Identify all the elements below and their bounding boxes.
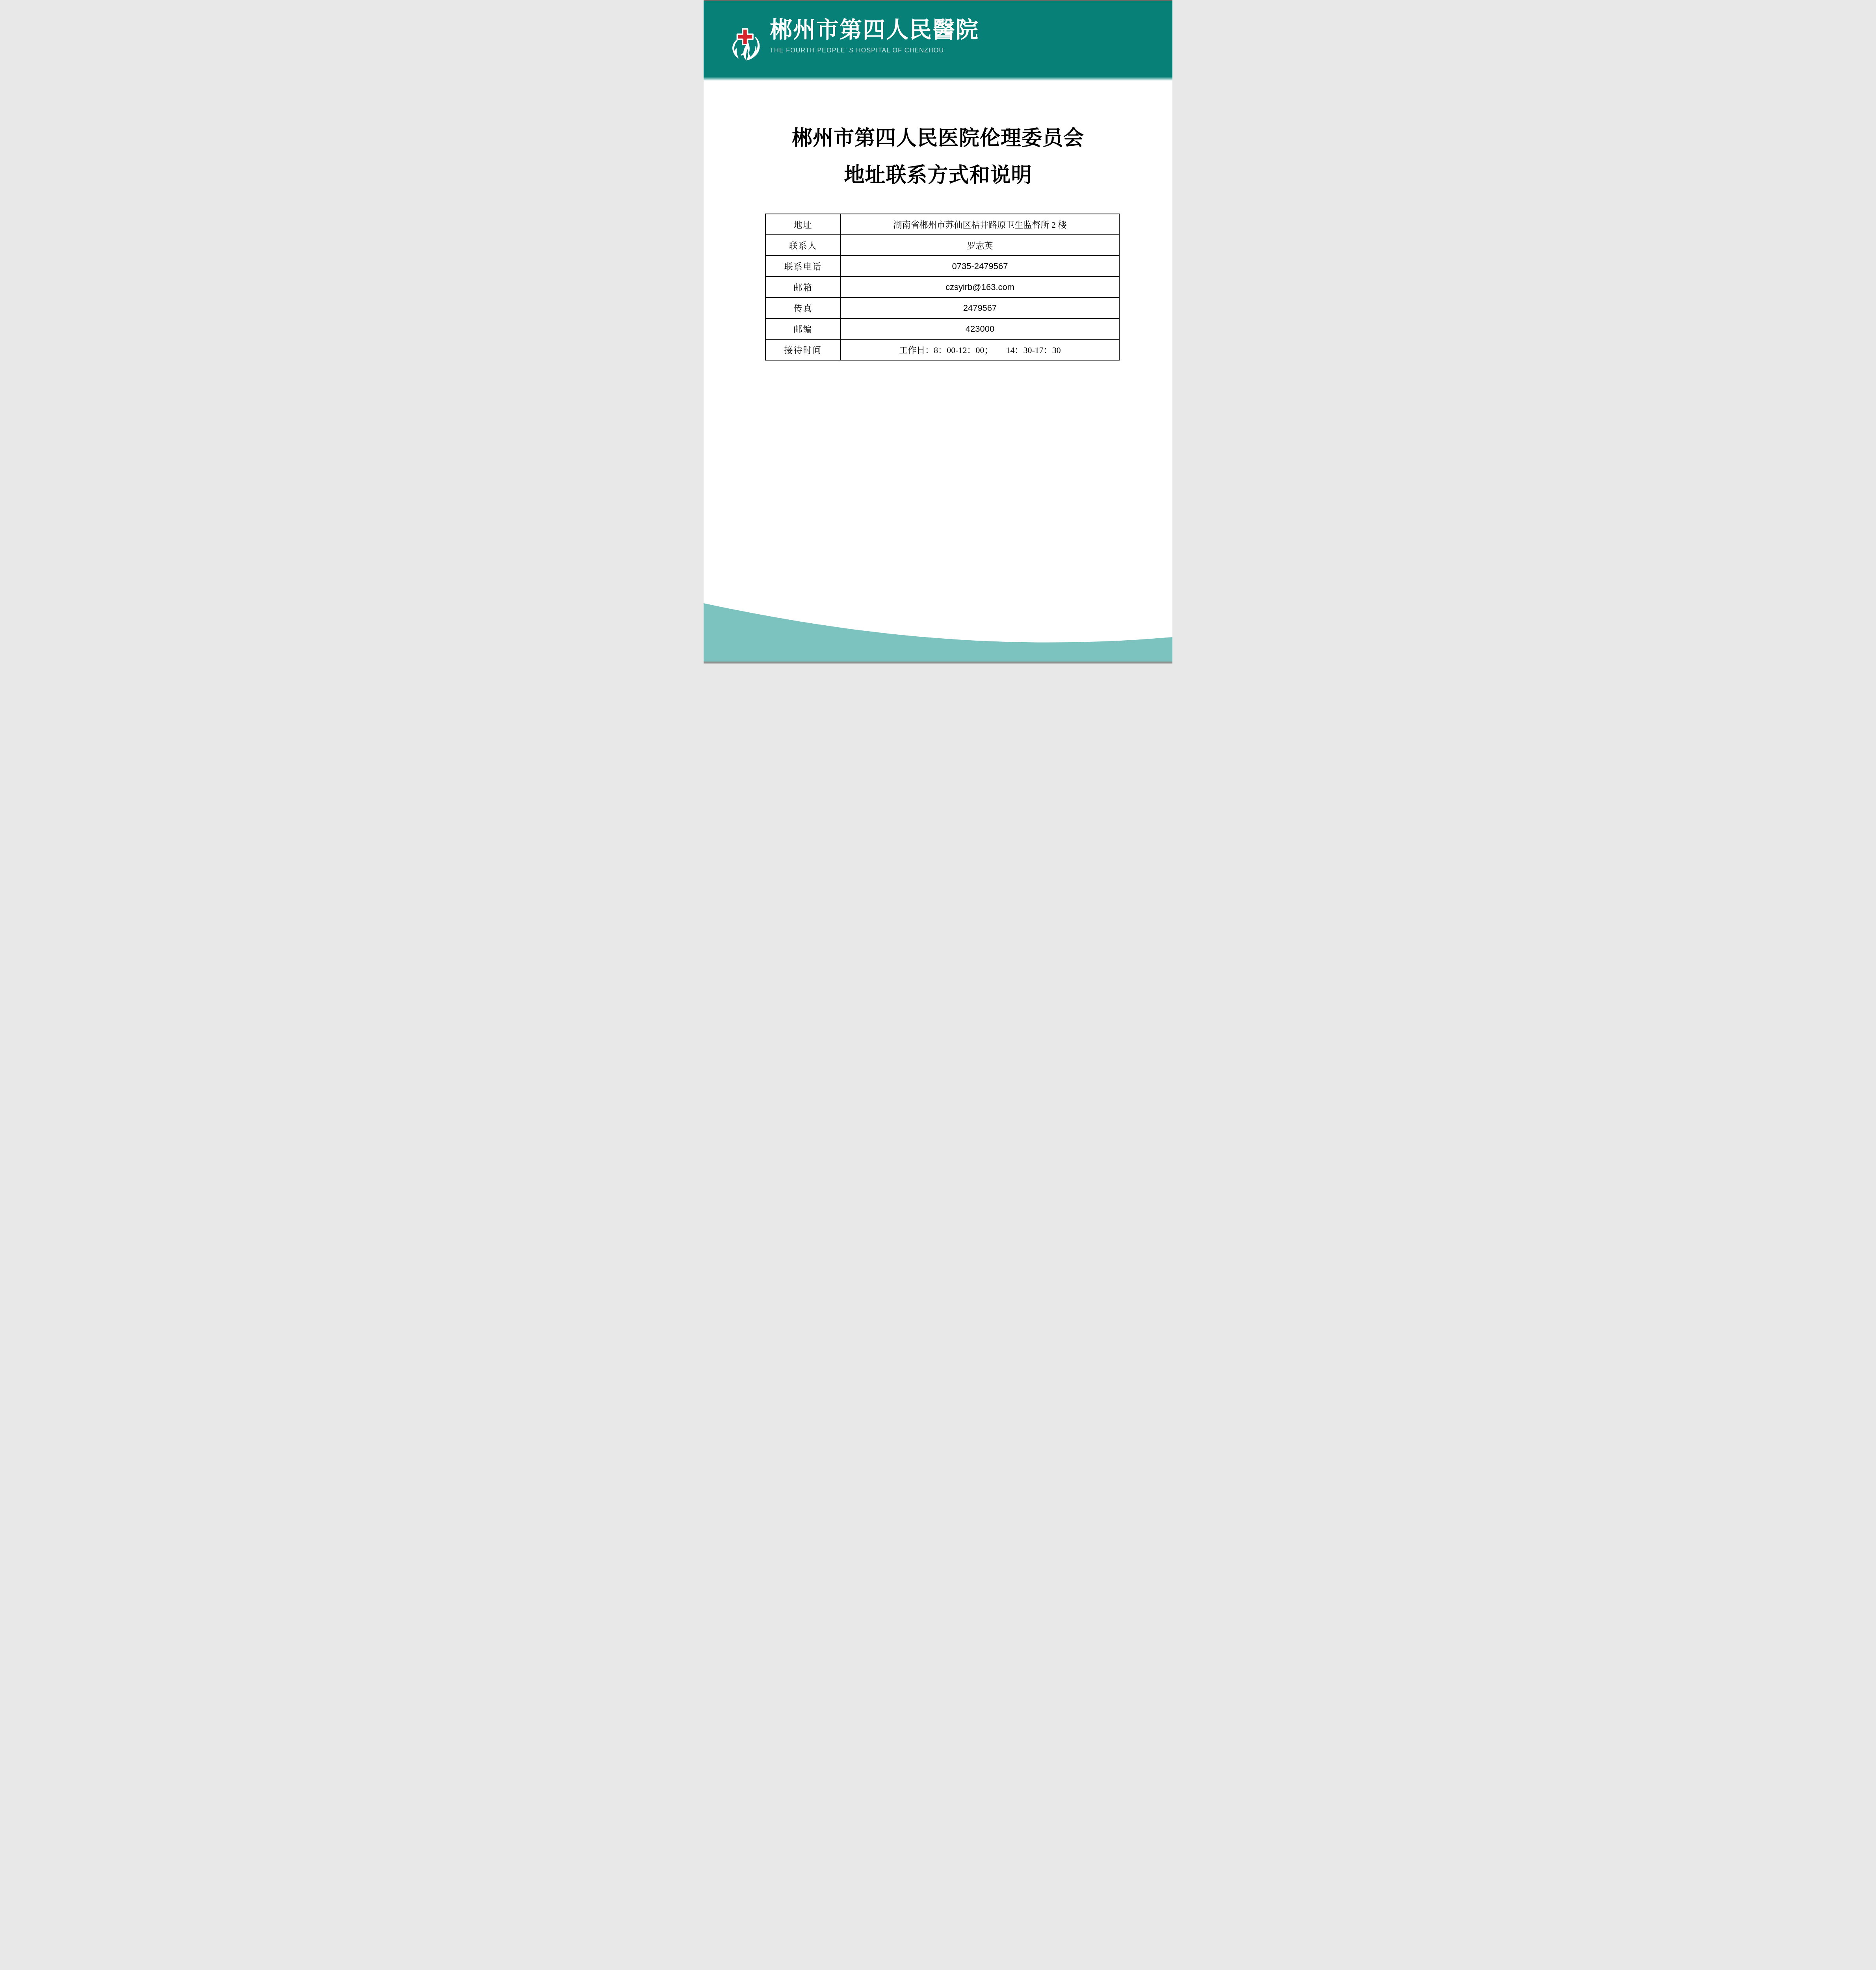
row-value: 罗志英 <box>841 235 1119 255</box>
document-page: 郴州市第四人民醫院 THE FOURTH PEOPLE’ S HOSPITAL … <box>704 0 1172 663</box>
table-row-office-hours: 接待时间 工作日：8：00-12：00； 14：30-17：30 <box>766 340 1119 360</box>
row-value: 工作日：8：00-12：00； 14：30-17：30 <box>841 340 1119 360</box>
row-value: 2479567 <box>841 298 1119 318</box>
row-label: 传真 <box>766 298 841 318</box>
row-label: 地址 <box>766 214 841 234</box>
row-value: 湖南省郴州市苏仙区桔井路原卫生监督所 2 楼 <box>841 214 1119 234</box>
row-label: 邮编 <box>766 319 841 339</box>
table-row-email: 邮箱 czsyirb@163.com <box>766 277 1119 298</box>
footer-wave <box>704 599 1172 663</box>
red-cross-icon <box>737 29 753 45</box>
page-bottom-edge <box>704 662 1172 663</box>
table-row-contact-person: 联系人 罗志英 <box>766 235 1119 256</box>
table-row-postcode: 邮编 423000 <box>766 319 1119 340</box>
header-brand: 郴州市第四人民醫院 THE FOURTH PEOPLE’ S HOSPITAL … <box>770 14 990 54</box>
hospital-name-en: THE FOURTH PEOPLE’ S HOSPITAL OF CHENZHO… <box>770 47 990 54</box>
page-title-line2: 地址联系方式和说明 <box>704 164 1172 187</box>
page-title-line1: 郴州市第四人民医院伦理委员会 <box>704 127 1172 150</box>
row-label: 接待时间 <box>766 340 841 360</box>
header-band-fade <box>704 77 1172 81</box>
row-label: 联系电话 <box>766 256 841 276</box>
row-value: 0735-2479567 <box>841 256 1119 276</box>
table-row-phone: 联系电话 0735-2479567 <box>766 256 1119 277</box>
row-label: 邮箱 <box>766 277 841 297</box>
row-value: czsyirb@163.com <box>841 277 1119 297</box>
row-label: 联系人 <box>766 235 841 255</box>
contact-table: 地址 湖南省郴州市苏仙区桔井路原卫生监督所 2 楼 联系人 罗志英 联系电话 0… <box>765 214 1120 361</box>
hospital-name-zh: 郴州市第四人民醫院 <box>770 14 990 46</box>
hospital-logo <box>728 26 763 63</box>
table-row-address: 地址 湖南省郴州市苏仙区桔井路原卫生监督所 2 楼 <box>766 214 1119 235</box>
table-row-fax: 传真 2479567 <box>766 298 1119 319</box>
row-value: 423000 <box>841 319 1119 339</box>
